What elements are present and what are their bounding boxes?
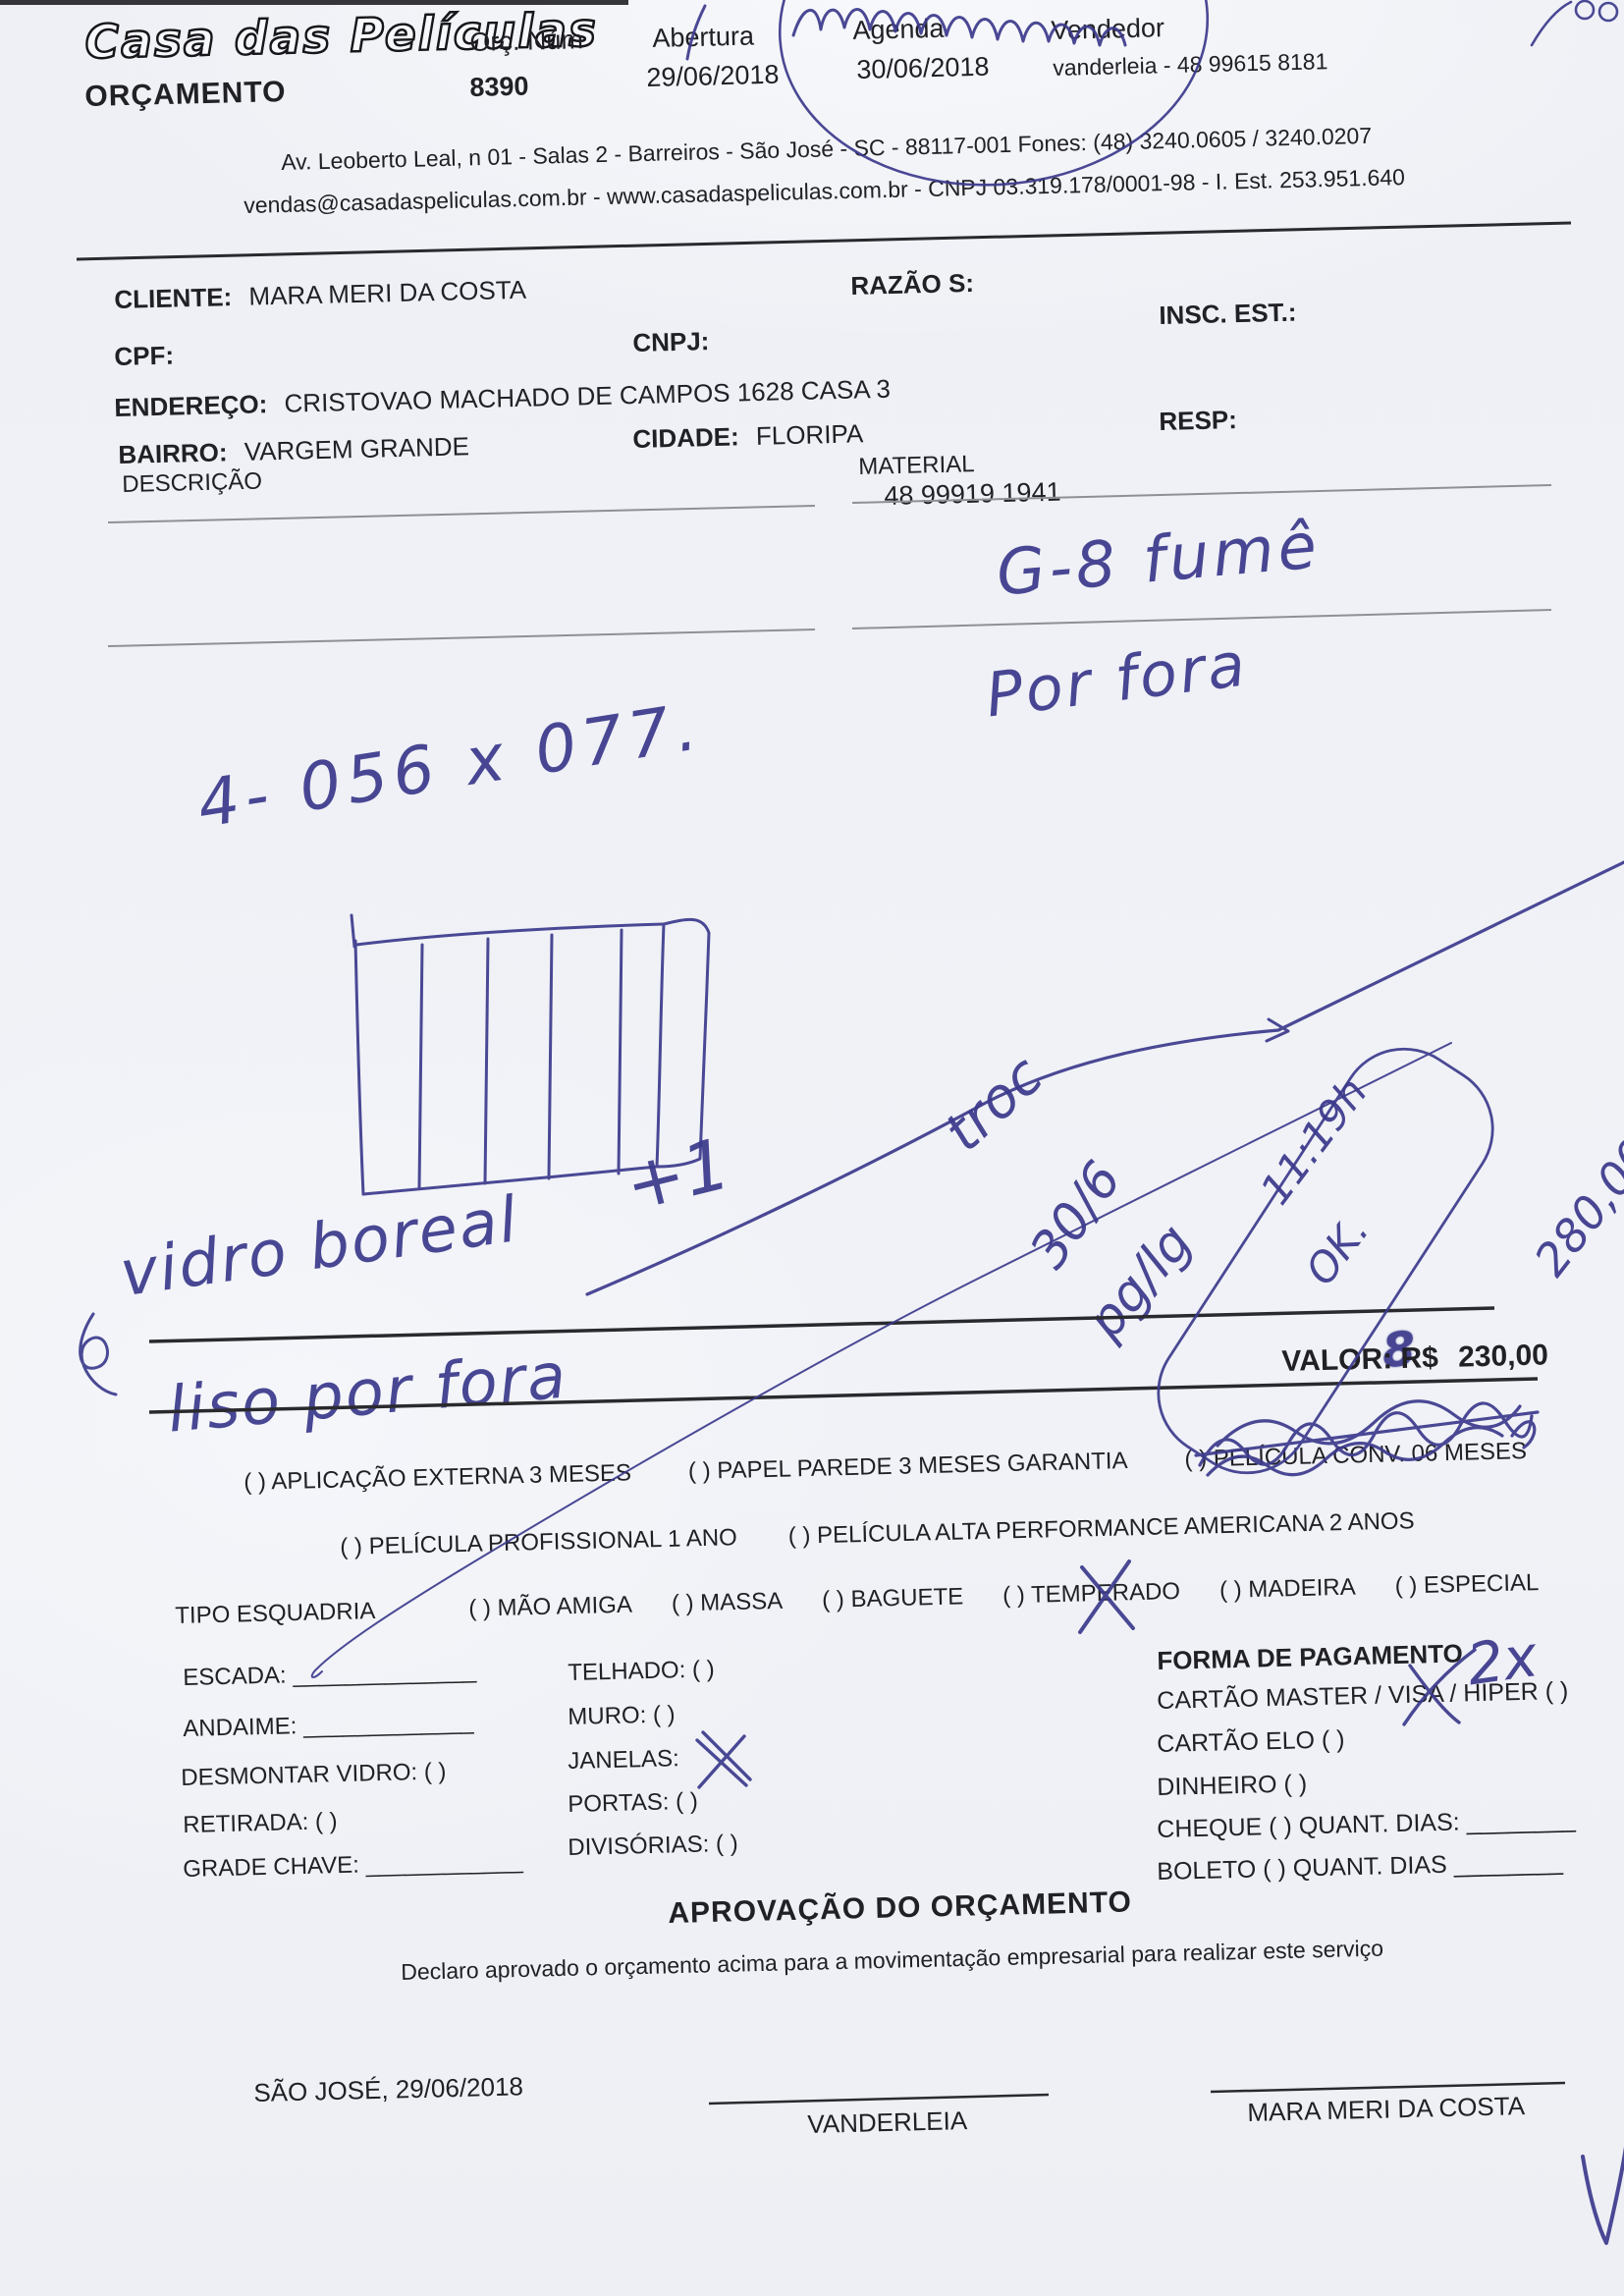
handwritten-measurement: 4- 056 x 077. xyxy=(192,688,707,843)
cnpj-label: CNPJ: xyxy=(632,326,710,358)
field-retirada: RETIRADA: ( ) xyxy=(183,1808,338,1839)
handwritten-glass-note-2: liso por fora xyxy=(165,1339,570,1447)
endereco-label: ENDEREÇO: xyxy=(114,389,268,422)
field-desmontar-vidro: DESMONTAR VIDRO: ( ) xyxy=(181,1758,447,1792)
address-line-1: Av. Leoberto Leal, n 01 - Salas 2 - Barr… xyxy=(281,123,1372,176)
descricao-header: DESCRIÇÃO xyxy=(122,468,262,499)
doc-type-title: ORÇAMENTO xyxy=(84,76,287,114)
endereco-value: CRISTOVAO MACHADO DE CAMPOS 1628 CASA 3 xyxy=(284,374,891,418)
abertura-date: 29/06/2018 xyxy=(646,60,780,93)
cidade-label: CIDADE: xyxy=(632,421,739,454)
razao-label: RAZÃO S: xyxy=(850,268,974,301)
field-portas: PORTAS: ( ) xyxy=(568,1788,698,1819)
option-pelicula-conv: ( ) PELÍCULA CONV. 06 MESES xyxy=(1184,1438,1527,1474)
payment-boleto: BOLETO ( ) QUANT. DIAS ________ xyxy=(1157,1848,1563,1886)
vendedor-value: vanderleia - 48 99615 8181 xyxy=(1053,48,1328,82)
valor-row: VALOR: R$ 230,00 xyxy=(1281,1339,1548,1379)
valor-amount: 230,00 xyxy=(1458,1339,1549,1373)
payment-title: FORMA DE PAGAMENTO xyxy=(1157,1638,1463,1676)
field-janelas: JANELAS: xyxy=(568,1745,679,1776)
payment-cartao-master: CARTÃO MASTER / VISA / HIPER ( ) xyxy=(1157,1677,1569,1716)
payment-cartao-elo: CARTÃO ELO ( ) xyxy=(1157,1725,1345,1759)
option-papel-parede: ( ) PAPEL PAREDE 3 MESES GARANTIA xyxy=(688,1448,1128,1486)
handwritten-glass-note-1: vidro boreal xyxy=(116,1183,523,1311)
approval-title: APROVAÇÃO DO ORÇAMENTO xyxy=(668,1886,1132,1931)
payment-dinheiro: DINHEIRO ( ) xyxy=(1157,1770,1307,1802)
agenda-label: Agenda xyxy=(852,14,945,46)
client-phone: 48 99919 1941 xyxy=(884,477,1061,512)
field-telhado: TELHADO: ( ) xyxy=(568,1656,715,1687)
valor-label: VALOR: R$ xyxy=(1281,1341,1438,1378)
warranty-options-row-2: ( ) PELÍCULA PROFISSIONAL 1 ANO ( ) PELÍ… xyxy=(340,1507,1415,1561)
field-divisorias: DIVISÓRIAS: ( ) xyxy=(568,1831,738,1862)
resp-label: RESP: xyxy=(1159,405,1237,437)
bairro-row: BAIRRO: VARGEM GRANDE xyxy=(118,431,469,470)
handwritten-plus-one: +1 xyxy=(617,1121,737,1227)
orc-num-label: Orç. Núm xyxy=(469,25,583,58)
handwritten-film-note: G-8 fumê xyxy=(994,510,1324,611)
field-andaime: ANDAIME: _____________ xyxy=(183,1709,474,1743)
cliente-value: MARA MERI DA COSTA xyxy=(248,275,526,311)
bottom-check-mark xyxy=(1583,2147,1624,2243)
option-especial: ( ) ESPECIAL xyxy=(1394,1569,1539,1601)
vendedor-label: Vendedor xyxy=(1051,13,1164,46)
pen-margin-squiggle xyxy=(81,1314,116,1394)
field-escada: ESCADA: ______________ xyxy=(183,1658,477,1692)
insc-est-label: INSC. EST.: xyxy=(1159,298,1297,331)
cidade-row: CIDADE: FLORIPA xyxy=(632,418,864,455)
option-massa: ( ) MASSA xyxy=(672,1588,784,1618)
agenda-date: 30/06/2018 xyxy=(856,52,990,85)
handwritten-diag-time: 11:19h xyxy=(1251,1068,1377,1213)
handwritten-diag-date: 30/6 xyxy=(1019,1151,1133,1279)
option-baguete: ( ) BAGUETE xyxy=(822,1583,964,1614)
handwritten-diag-ok: OK. xyxy=(1296,1207,1379,1294)
warranty-options-row-1: ( ) APLICAÇÃO EXTERNA 3 MESES ( ) PAPEL … xyxy=(244,1438,1527,1497)
signature-name-cliente: MARA MERI DA COSTA xyxy=(1247,2091,1525,2128)
option-pelicula-alta-performance: ( ) PELÍCULA ALTA PERFORMANCE AMERICANA … xyxy=(787,1507,1414,1551)
approval-city-date: SÃO JOSÉ, 29/06/2018 xyxy=(253,2071,523,2108)
cliente-label: CLIENTE: xyxy=(114,282,233,314)
field-grade-chave: GRADE CHAVE: ____________ xyxy=(183,1848,523,1884)
bairro-value: VARGEM GRANDE xyxy=(244,431,469,466)
option-madeira: ( ) MADEIRA xyxy=(1219,1574,1356,1605)
cliente-row: CLIENTE: MARA MERI DA COSTA xyxy=(114,275,526,315)
signature-name-vendedor: VANDERLEIA xyxy=(807,2105,968,2140)
bairro-label: BAIRRO: xyxy=(118,437,228,469)
abertura-label: Abertura xyxy=(652,21,754,54)
field-muro: MURO: ( ) xyxy=(568,1701,676,1731)
orc-num-value: 8390 xyxy=(469,72,529,103)
cidade-value: FLORIPA xyxy=(756,418,864,451)
pen-corner-marks xyxy=(1532,1,1617,45)
janelas-x-mark xyxy=(697,1732,750,1787)
payment-cheque: CHEQUE ( ) QUANT. DIAS: ________ xyxy=(1157,1806,1576,1844)
approval-declaration: Declaro aprovado o orçamento acima para … xyxy=(401,1936,1383,1986)
tipo-esquadria-row: TIPO ESQUADRIA ( ) MÃO AMIGA ( ) MASSA (… xyxy=(175,1569,1540,1630)
handwritten-side-amount: 280,00 xyxy=(1524,1128,1624,1285)
option-mao-amiga: ( ) MÃO AMIGA xyxy=(468,1592,632,1623)
option-temperado: ( ) TEMPERADO xyxy=(1002,1578,1181,1610)
tipo-esquadria-label: TIPO ESQUADRIA xyxy=(175,1598,376,1630)
handwritten-outside-note: Por fora xyxy=(982,628,1252,731)
option-aplicacao-externa: ( ) APLICAÇÃO EXTERNA 3 MESES xyxy=(244,1459,631,1497)
handwritten-diag-word: troc xyxy=(933,1044,1056,1165)
option-pelicula-profissional: ( ) PELÍCULA PROFISSIONAL 1 ANO xyxy=(340,1524,737,1561)
cpf-label: CPF: xyxy=(114,341,174,372)
endereco-row: ENDEREÇO: CRISTOVAO MACHADO DE CAMPOS 16… xyxy=(114,374,891,423)
material-header: MATERIAL xyxy=(858,451,975,481)
